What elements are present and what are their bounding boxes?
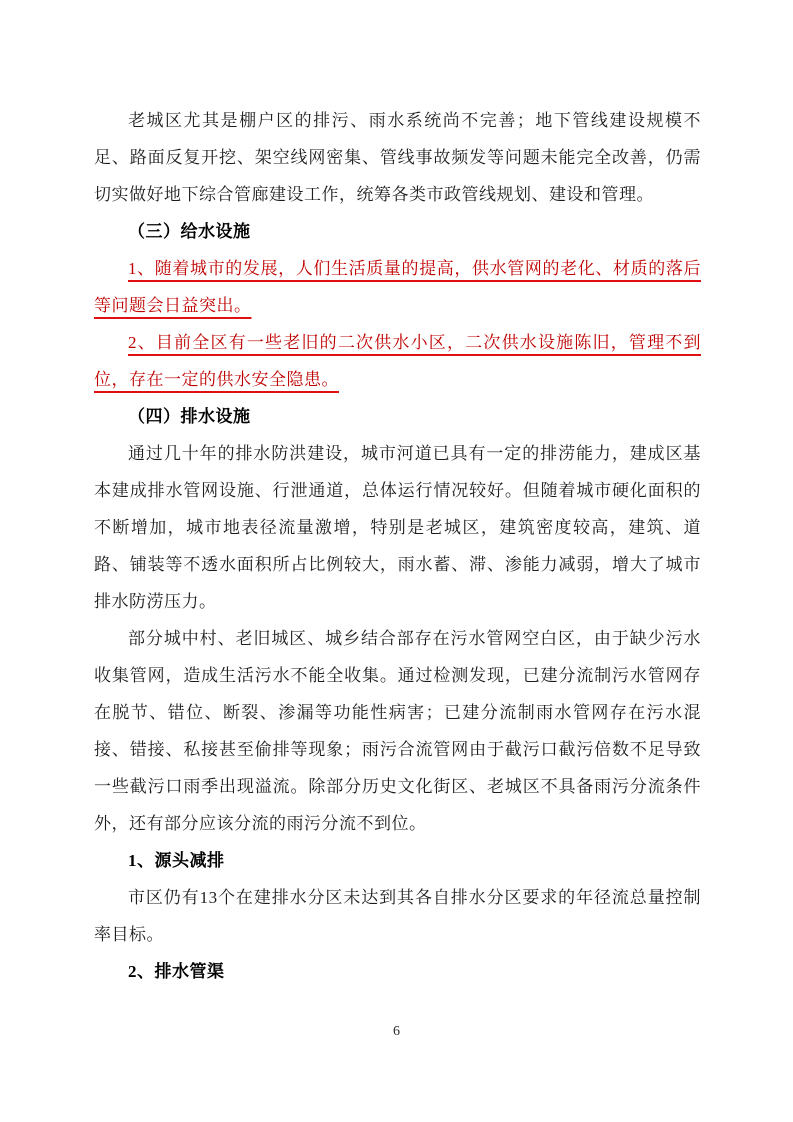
section-heading: 1、源头减排	[94, 842, 701, 879]
paragraph: 市区仍有13个在建排水分区未达到其各自排水分区要求的年径流总量控制率目标。	[94, 879, 701, 953]
section-heading: 2、排水管渠	[94, 953, 701, 990]
document-page: 老城区尤其是棚户区的排污、雨水系统尚不完善；地下管线建设规模不足、路面反复开挖、…	[0, 0, 793, 1122]
paragraph: 老城区尤其是棚户区的排污、雨水系统尚不完善；地下管线建设规模不足、路面反复开挖、…	[94, 102, 701, 213]
paragraph: 部分城中村、老旧城区、城乡结合部存在污水管网空白区，由于缺少污水收集管网，造成生…	[94, 620, 701, 842]
page-number: 6	[0, 1022, 793, 1042]
revision-paragraph: 2、目前全区有一些老旧的二次供水小区，二次供水设施陈旧，管理不到位，存在一定的供…	[94, 324, 701, 398]
document-body: 老城区尤其是棚户区的排污、雨水系统尚不完善；地下管线建设规模不足、路面反复开挖、…	[94, 102, 701, 990]
section-heading: （四）排水设施	[94, 398, 701, 435]
revision-paragraph: 1、随着城市的发展，人们生活质量的提高，供水管网的老化、材质的落后等问题会日益突…	[94, 250, 701, 324]
paragraph: 通过几十年的排水防洪建设，城市河道已具有一定的排涝能力，建成区基本建成排水管网设…	[94, 435, 701, 620]
section-heading: （三）给水设施	[94, 213, 701, 250]
